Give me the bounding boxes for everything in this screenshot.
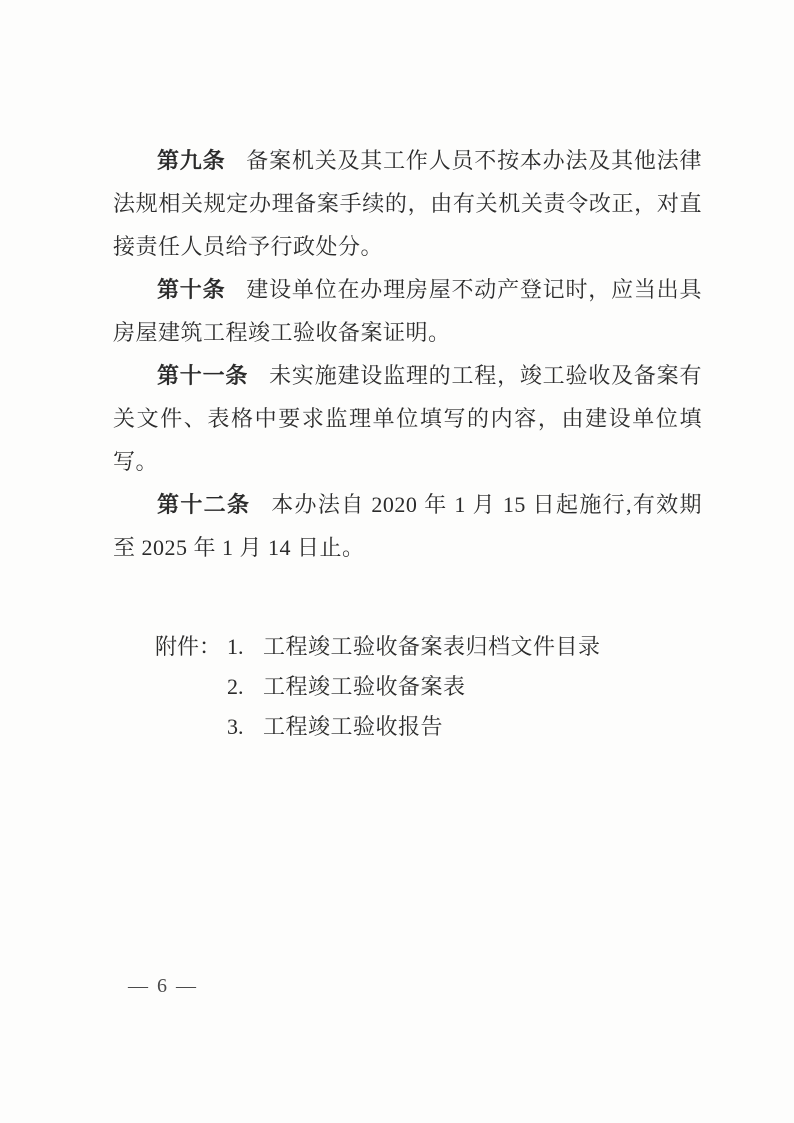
document-page: 第九条备案机关及其工作人员不按本办法及其他法律法规相关规定办理备案手续的，由有关… (0, 0, 794, 1123)
article-10-term: 第十条 (157, 277, 225, 302)
attachment-item: 附件： 2. 工程竣工验收备案表 (113, 667, 702, 707)
article-9-term: 第九条 (157, 148, 225, 173)
page-number: — 6 — (128, 975, 198, 998)
article-11-term: 第十一条 (157, 363, 248, 388)
article-10-paragraph: 第十条建设单位在办理房屋不动产登记时，应当出具房屋建筑工程竣工验收备案证明。 (113, 268, 702, 354)
attachments-label: 附件： (155, 627, 227, 667)
attachment-number: 3. (227, 707, 263, 747)
attachment-title: 工程竣工验收备案表归档文件目录 (263, 627, 702, 667)
attachments-list: 附件： 1. 工程竣工验收备案表归档文件目录 附件： 2. 工程竣工验收备案表 … (113, 627, 702, 747)
article-9-paragraph: 第九条备案机关及其工作人员不按本办法及其他法律法规相关规定办理备案手续的，由有关… (113, 139, 702, 268)
article-11-paragraph: 第十一条未实施建设监理的工程，竣工验收及备案有关文件、表格中要求监理单位填写的内… (113, 354, 702, 483)
attachment-number: 1. (227, 627, 263, 667)
document-body: 第九条备案机关及其工作人员不按本办法及其他法律法规相关规定办理备案手续的，由有关… (113, 139, 702, 747)
attachment-item: 附件： 3. 工程竣工验收报告 (113, 707, 702, 747)
attachment-number: 2. (227, 667, 263, 707)
attachment-title: 工程竣工验收备案表 (263, 667, 702, 707)
article-12-paragraph: 第十二条本办法自 2020 年 1 月 15 日起施行,有效期至 2025 年 … (113, 483, 702, 569)
article-12-term: 第十二条 (157, 492, 250, 517)
attachment-title: 工程竣工验收报告 (263, 707, 702, 747)
attachment-item: 附件： 1. 工程竣工验收备案表归档文件目录 (113, 627, 702, 667)
